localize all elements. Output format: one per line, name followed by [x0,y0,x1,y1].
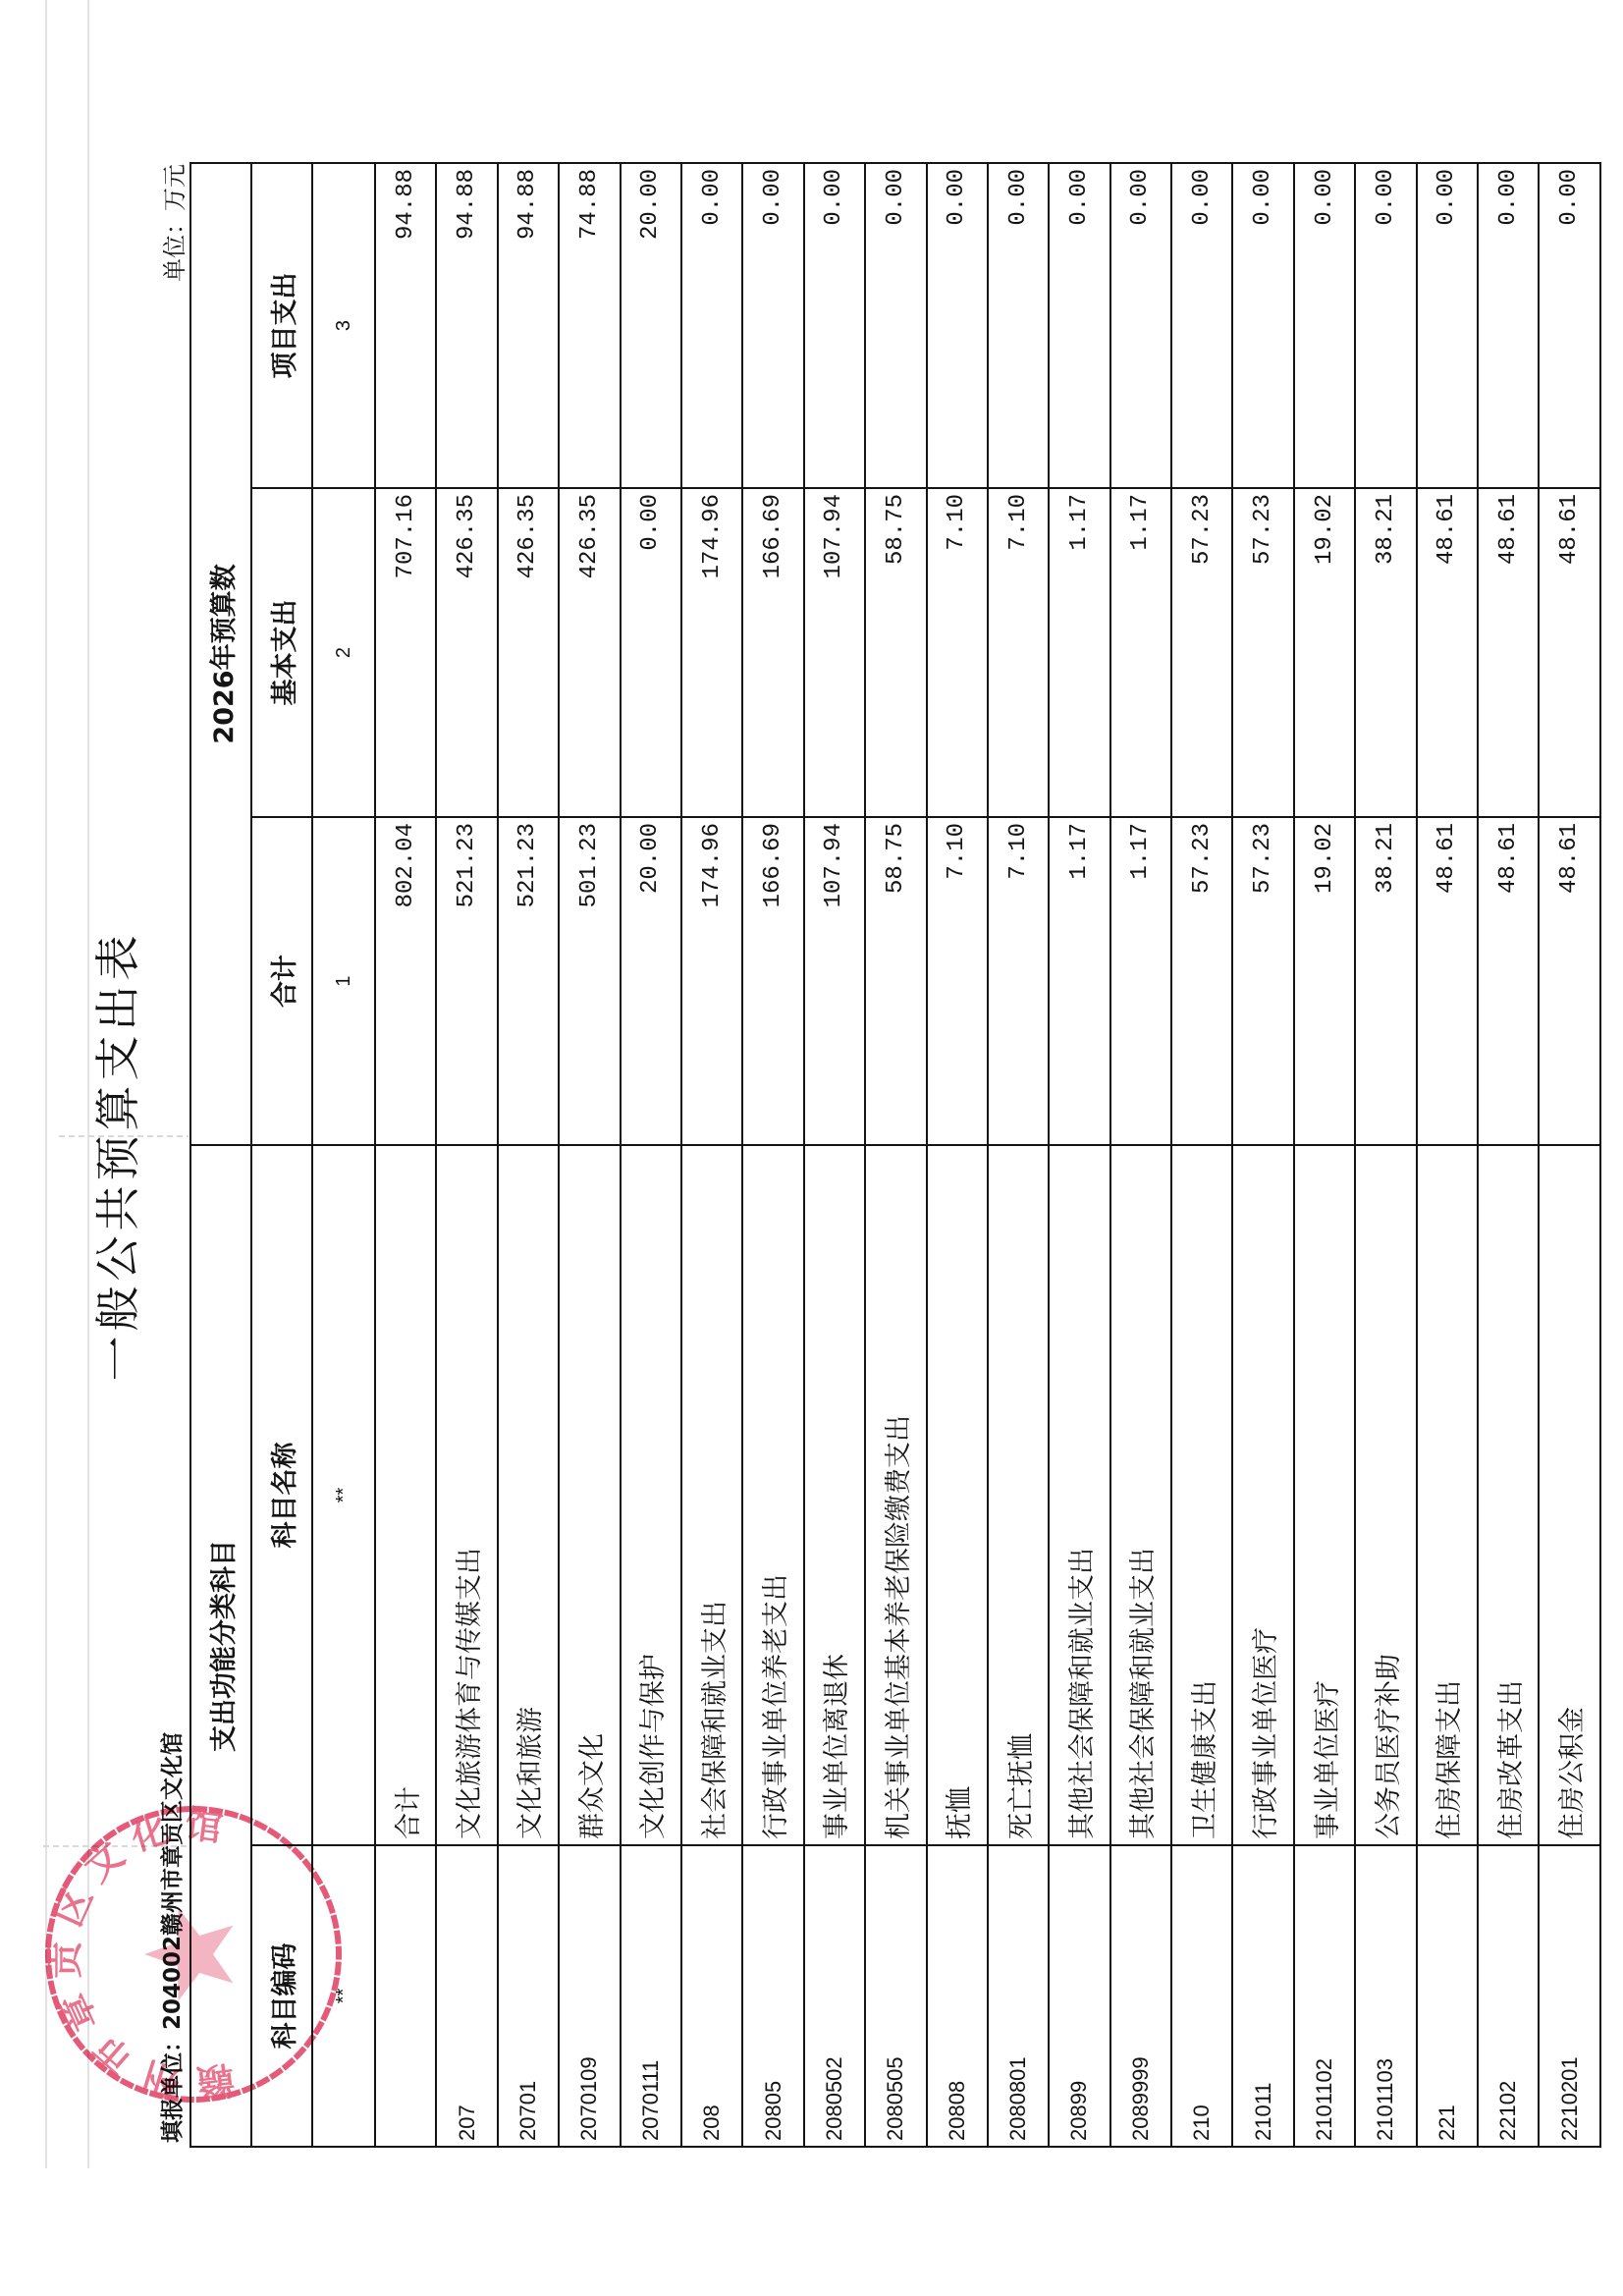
header-total: 合计 [251,817,312,1145]
basic-expenditure-cell: 1.17 [1049,488,1109,817]
table-row: 2101103公务员医疗补助38.2138.210.00 [1355,163,1416,2147]
subject-name-cell: 公务员医疗补助 [1355,1145,1416,1845]
total-amount-cell: 58.75 [865,817,926,1145]
total-amount-cell: 107.94 [804,817,865,1145]
table-row: 20899其他社会保障和就业支出1.171.170.00 [1049,163,1109,2147]
total-amount-cell: 57.23 [1232,817,1293,1145]
header-number-total: 1 [312,817,375,1145]
project-expenditure-cell: 94.88 [375,163,436,488]
table-body: 合计802.04707.1694.88207文化旅游体育与传媒支出521.234… [375,163,1600,2147]
basic-expenditure-cell: 174.96 [681,488,742,817]
subject-name-cell: 其他社会保障和就业支出 [1110,1145,1171,1845]
project-expenditure-cell: 0.00 [1171,163,1232,488]
subject-name-cell: 文化创作与保护 [621,1145,681,1845]
subject-code-cell: 2210201 [1539,1845,1599,2147]
basic-expenditure-cell: 57.23 [1232,488,1293,817]
subject-code-cell: 208 [681,1845,742,2147]
total-amount-cell: 521.23 [498,817,559,1145]
subject-code-cell: 2089999 [1110,1845,1171,2147]
project-expenditure-cell: 0.00 [804,163,865,488]
basic-expenditure-cell: 38.21 [1355,488,1416,817]
basic-expenditure-cell: 48.61 [1478,488,1539,817]
total-amount-cell: 38.21 [1355,817,1416,1145]
subject-name-cell: 事业单位医疗 [1294,1145,1355,1845]
total-amount-cell: 802.04 [375,817,436,1145]
subject-name-cell: 机关事业单位基本养老保险缴费支出 [865,1145,926,1845]
basic-expenditure-cell: 426.35 [498,488,559,817]
subject-code-cell: 2101102 [1294,1845,1355,2147]
basic-expenditure-cell: 48.61 [1539,488,1599,817]
project-expenditure-cell: 20.00 [621,163,681,488]
project-expenditure-cell: 0.00 [1539,163,1599,488]
budget-expenditure-table: 支出功能分类科目 2026年预算数 科目编码 科目名称 合计 基本支出 项目支出… [189,162,1601,2148]
project-expenditure-cell: 0.00 [1049,163,1109,488]
table-row: 20805行政事业单位养老支出166.69166.690.00 [742,163,803,2147]
basic-expenditure-cell: 426.35 [436,488,497,817]
project-expenditure-cell: 74.88 [559,163,620,488]
subject-code-cell: 20805 [742,1845,803,2147]
basic-expenditure-cell: 7.10 [988,488,1049,817]
table-row: 2070109群众文化501.23426.3574.88 [559,163,620,2147]
total-amount-cell: 48.61 [1417,817,1478,1145]
subject-code-cell: 2080801 [988,1845,1049,2147]
table-row: 合计802.04707.1694.88 [375,163,436,2147]
subject-name-cell: 住房改革支出 [1478,1145,1539,1845]
project-expenditure-cell: 0.00 [1232,163,1293,488]
header-subject-name: 科目名称 [251,1145,312,1845]
project-expenditure-cell: 94.88 [498,163,559,488]
subject-code-cell: 210 [1171,1845,1232,2147]
basic-expenditure-cell: 166.69 [742,488,803,817]
subject-code-cell: 2080505 [865,1845,926,2147]
table-row: 2080502事业单位离退休107.94107.940.00 [804,163,865,2147]
subject-code-cell: 22102 [1478,1845,1539,2147]
total-amount-cell: 48.61 [1478,817,1539,1145]
table-row: 221住房保障支出48.6148.610.00 [1417,163,1478,2147]
project-expenditure-cell: 0.00 [988,163,1049,488]
total-amount-cell: 19.02 [1294,817,1355,1145]
table-row: 21011行政事业单位医疗57.2357.230.00 [1232,163,1293,2147]
table-row: 20701文化和旅游521.23426.3594.88 [498,163,559,2147]
total-amount-cell: 521.23 [436,817,497,1145]
total-amount-cell: 1.17 [1110,817,1171,1145]
subject-name-cell: 社会保障和就业支出 [681,1145,742,1845]
basic-expenditure-cell: 426.35 [559,488,620,817]
subject-code-cell: 20808 [927,1845,988,2147]
subject-code-cell: 2070109 [559,1845,620,2147]
table-row: 2101102事业单位医疗19.0219.020.00 [1294,163,1355,2147]
basic-expenditure-cell: 7.10 [927,488,988,817]
header-number-project: 3 [312,163,375,488]
subject-name-cell: 其他社会保障和就业支出 [1049,1145,1109,1845]
subject-code-cell: 21011 [1232,1845,1293,2147]
total-amount-cell: 57.23 [1171,817,1232,1145]
subject-code-cell: 20899 [1049,1845,1109,2147]
header-number-name: ** [312,1145,375,1845]
total-amount-cell: 20.00 [621,817,681,1145]
subject-name-cell: 住房保障支出 [1417,1145,1478,1845]
subject-code-cell: 2070111 [621,1845,681,2147]
total-amount-cell: 174.96 [681,817,742,1145]
table-row: 2080801死亡抚恤7.107.100.00 [988,163,1049,2147]
total-amount-cell: 501.23 [559,817,620,1145]
header-group-budget-2026: 2026年预算数 [190,163,251,1145]
table-row: 210卫生健康支出57.2357.230.00 [1171,163,1232,2147]
header-basic-expenditure: 基本支出 [251,488,312,817]
total-amount-cell: 7.10 [927,817,988,1145]
document-sheet: 一般公共预算支出表 填报单位：204002赣州市章贡区文化馆 单位：万元 支出功… [0,0,1623,2296]
table-row: 22102住房改革支出48.6148.610.00 [1478,163,1539,2147]
subject-name-cell: 行政事业单位医疗 [1232,1145,1293,1845]
subject-name-cell: 抚恤 [927,1145,988,1845]
subject-code-cell: 207 [436,1845,497,2147]
basic-expenditure-cell: 58.75 [865,488,926,817]
subject-name-cell: 行政事业单位养老支出 [742,1145,803,1845]
subject-code-cell [375,1845,436,2147]
basic-expenditure-cell: 57.23 [1171,488,1232,817]
basic-expenditure-cell: 19.02 [1294,488,1355,817]
basic-expenditure-cell: 1.17 [1110,488,1171,817]
table-row: 2070111文化创作与保护20.000.0020.00 [621,163,681,2147]
project-expenditure-cell: 0.00 [1110,163,1171,488]
project-expenditure-cell: 0.00 [681,163,742,488]
basic-expenditure-cell: 0.00 [621,488,681,817]
header-number-basic: 2 [312,488,375,817]
basic-expenditure-cell: 48.61 [1417,488,1478,817]
table-row: 208社会保障和就业支出174.96174.960.00 [681,163,742,2147]
subject-code-cell: 20701 [498,1845,559,2147]
unit-label: 单位：万元 [160,164,189,282]
subject-code-cell: 221 [1417,1845,1478,2147]
subject-name-cell: 合计 [375,1145,436,1845]
star-icon [144,1907,233,2000]
subject-code-cell: 2101103 [1355,1845,1416,2147]
total-amount-cell: 48.61 [1539,817,1599,1145]
project-expenditure-cell: 0.00 [742,163,803,488]
project-expenditure-cell: 0.00 [1478,163,1539,488]
project-expenditure-cell: 0.00 [1294,163,1355,488]
project-expenditure-cell: 0.00 [1355,163,1416,488]
basic-expenditure-cell: 107.94 [804,488,865,817]
project-expenditure-cell: 0.00 [865,163,926,488]
basic-expenditure-cell: 707.16 [375,488,436,817]
subject-name-cell: 卫生健康支出 [1171,1145,1232,1845]
project-expenditure-cell: 0.00 [927,163,988,488]
scanned-page: 一般公共预算支出表 填报单位：204002赣州市章贡区文化馆 单位：万元 支出功… [0,0,1623,2296]
subject-name-cell: 文化旅游体育与传媒支出 [436,1145,497,1845]
subject-name-cell: 事业单位离退休 [804,1145,865,1845]
table-row: 207文化旅游体育与传媒支出521.23426.3594.88 [436,163,497,2147]
total-amount-cell: 1.17 [1049,817,1109,1145]
subject-name-cell: 文化和旅游 [498,1145,559,1845]
table-row: 2210201住房公积金48.6148.610.00 [1539,163,1599,2147]
total-amount-cell: 7.10 [988,817,1049,1145]
subject-name-cell: 群众文化 [559,1145,620,1845]
table-row: 2080505机关事业单位基本养老保险缴费支出58.7558.750.00 [865,163,926,2147]
project-expenditure-cell: 0.00 [1417,163,1478,488]
total-amount-cell: 166.69 [742,817,803,1145]
table-row: 2089999其他社会保障和就业支出1.171.170.00 [1110,163,1171,2147]
subject-name-cell: 死亡抚恤 [988,1145,1049,1845]
official-seal: 赣州市章贡区文化馆 [36,1797,351,2111]
project-expenditure-cell: 94.88 [436,163,497,488]
subject-code-cell: 2080502 [804,1845,865,2147]
subject-name-cell: 住房公积金 [1539,1145,1599,1845]
table-row: 20808抚恤7.107.100.00 [927,163,988,2147]
header-project-expenditure: 项目支出 [251,163,312,488]
